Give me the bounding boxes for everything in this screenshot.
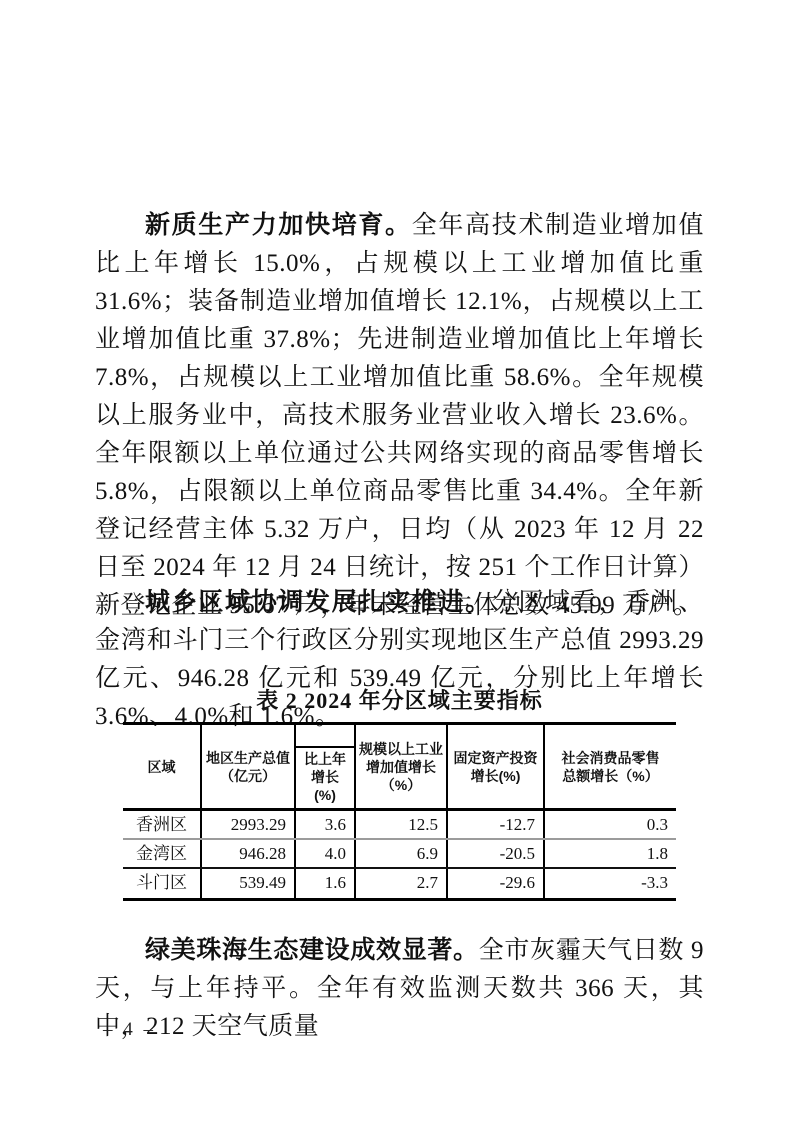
header-cell-fixed-asset-investment-growth: 固定资产投资 增长(%): [448, 725, 545, 808]
header-cell-retail-sales-growth: 社会消费品零售 总额增长（%）: [545, 725, 676, 808]
cell-retail-growth: 1.8: [545, 840, 676, 867]
header-cell-industrial-value-added-growth: 规模以上工业 增加值增长（%）: [356, 725, 448, 808]
cell-retail-growth: 0.3: [545, 811, 676, 838]
cell-investment-growth: -12.7: [448, 811, 545, 838]
header-cell-region: 区域: [123, 725, 202, 808]
cell-region: 斗门区: [123, 869, 202, 898]
cell-growth: 1.6: [296, 869, 356, 898]
cell-grp: 946.28: [202, 840, 296, 867]
cell-grp: 539.49: [202, 869, 296, 898]
paragraph-green-ecology-lead: 绿美珠海生态建设成效显著。: [145, 936, 479, 964]
header-cell-grp: 地区生产总值 （亿元）: [202, 725, 296, 808]
cell-grp: 2993.29: [202, 811, 296, 838]
header-cell-growth-over-prev-year: 比上年 增长 (%): [296, 725, 356, 808]
paragraph-regional-coordination-lead: 城乡区域协调发展扎实推进。: [145, 588, 492, 616]
cell-region: 香洲区: [123, 811, 202, 838]
header-cell-divider-line: [296, 746, 354, 748]
cell-industry-growth: 2.7: [356, 869, 448, 898]
page-number: – 4 –: [103, 1019, 156, 1041]
table-row-jinwan: 金湾区 946.28 4.0 6.9 -20.5 1.8: [123, 840, 676, 869]
cell-industry-growth: 12.5: [356, 811, 448, 838]
cell-industry-growth: 6.9: [356, 840, 448, 867]
table-row-xiangzhou: 香洲区 2993.29 3.6 12.5 -12.7 0.3: [123, 811, 676, 840]
table-header-row: 区域 地区生产总值 （亿元） 比上年 增长 (%) 规模以上工业 增加值增长（%…: [123, 725, 676, 811]
table-row-doumen: 斗门区 539.49 1.6 2.7 -29.6 -3.3: [123, 869, 676, 898]
cell-investment-growth: -29.6: [448, 869, 545, 898]
paragraph-new-productivity-lead: 新质生产力加快培育。: [145, 211, 412, 239]
cell-growth: 3.6: [296, 811, 356, 838]
cell-investment-growth: -20.5: [448, 840, 545, 867]
paragraph-green-ecology: 绿美珠海生态建设成效显著。全市灰霾天气日数 9 天，与上年持平。全年有效监测天数…: [95, 931, 704, 1046]
table-title: 表 2 2024 年分区域主要指标: [123, 686, 676, 716]
paragraph-new-productivity-text: 全年高技术制造业增加值比上年增长 15.0%，占规模以上工业增加值比重 31.6…: [95, 212, 704, 619]
cell-growth: 4.0: [296, 840, 356, 867]
regional-indicators-table: 区域 地区生产总值 （亿元） 比上年 增长 (%) 规模以上工业 增加值增长（%…: [123, 722, 676, 901]
cell-region: 金湾区: [123, 840, 202, 867]
paragraph-new-productivity: 新质生产力加快培育。全年高技术制造业增加值比上年增长 15.0%，占规模以上工业…: [95, 206, 704, 625]
cell-retail-growth: -3.3: [545, 869, 676, 898]
document-page: 新质生产力加快培育。全年高技术制造业增加值比上年增长 15.0%，占规模以上工业…: [0, 0, 794, 1123]
